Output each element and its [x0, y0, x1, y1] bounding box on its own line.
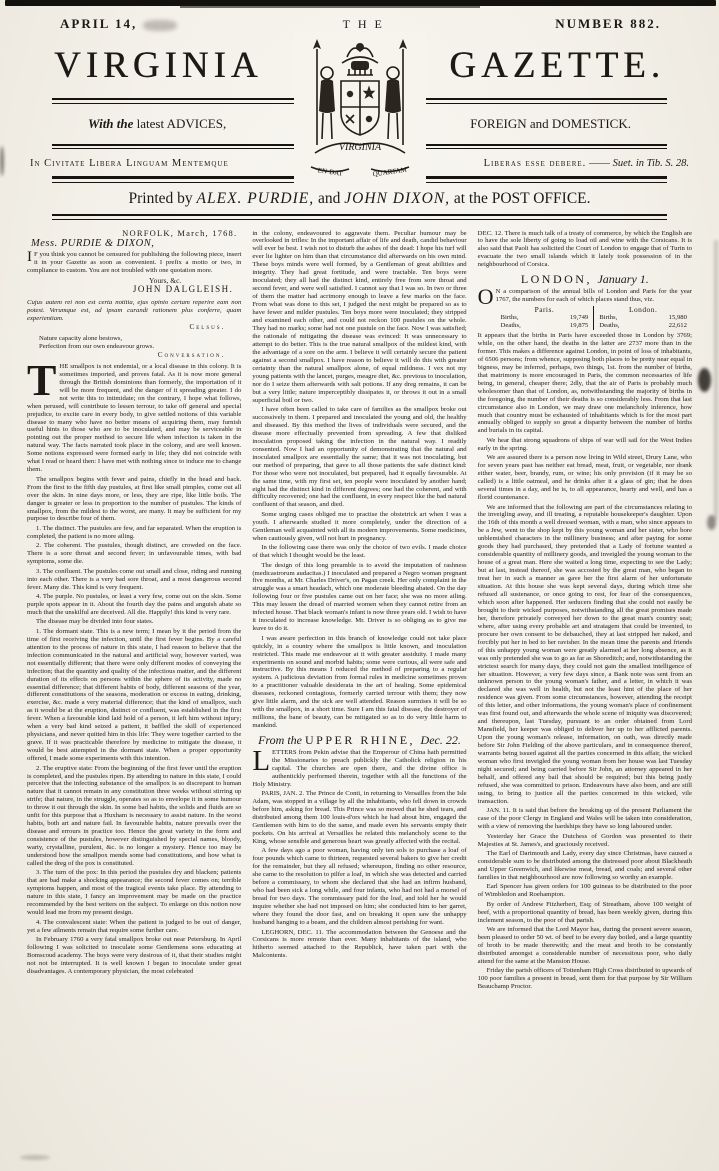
article-paragraph: The smallpox begins with fever and pains…	[27, 476, 241, 524]
article-paragraph: 3. The turn of the pox: In this period t…	[27, 869, 241, 917]
advices-blackletter: With the	[88, 116, 133, 131]
title-virginia: VIRGINIA	[54, 44, 263, 87]
bills-of-mortality-table: Paris.Births,19,749Deaths,19,875London.B…	[496, 306, 692, 330]
advices-text: latest ADVICES,	[133, 116, 226, 131]
motto-latin-right: Liberas esse debere. —— Suet. in Tib. S.…	[484, 158, 689, 169]
article-paragraph: ON a comparison of the annual bills of L…	[478, 288, 692, 304]
article-paragraph: 1. The dormant state. This is a new term…	[27, 628, 241, 763]
dateline: NORFOLK, March, 1768.	[27, 230, 237, 238]
scan-artifact	[698, 368, 711, 392]
article-paragraph: THE smallpox is not endemial, or a local…	[27, 363, 241, 474]
article-paragraph: LEGHORN, DEC. 11. The accommodation betw…	[252, 929, 466, 961]
motto-caps: Liberas esse debere.	[484, 158, 587, 169]
masthead-title-row: VIRGINIA GAZETTE.	[26, 44, 693, 87]
verse-line: Perfection from our own endeavour grows.	[39, 343, 241, 351]
drop-cap: L	[252, 749, 272, 773]
virginia-coat-of-arms: VIRGINIA EN·DAT QUARTAM	[294, 32, 426, 190]
masthead: APRIL 14, THE NUMBER 882. VIRGINIA GAZET…	[0, 0, 719, 220]
verse-line: Nature capacity alone bestows,	[39, 335, 241, 343]
drop-cap: T	[27, 363, 59, 398]
scan-artifact	[714, 240, 718, 520]
heading-text: UPPER RHINE,	[305, 733, 421, 747]
column-1: NORFOLK, March, 1768.Mess. PURDIE & DIXO…	[27, 230, 241, 1142]
advices-right: FOREIGN and DOMESTICK.	[470, 116, 631, 132]
masthead-top-row: APRIL 14, THE NUMBER 882.	[26, 16, 693, 32]
imprint-line: Printed by ALEX. PURDIE, and JOHN DIXON,…	[26, 190, 693, 208]
article-paragraph: It appears that the births in Paris have…	[478, 332, 692, 435]
bills-table-half: London.Births,15,980Deaths,22,612	[593, 306, 692, 330]
bills-cell-value: 19,749	[570, 314, 588, 322]
advices-left: With the latest ADVICES,	[88, 116, 226, 132]
epigraph-attribution: Celsus.	[27, 324, 225, 332]
article-paragraph: PARIS, JAN. 2. The Prince de Conti, in r…	[252, 790, 466, 846]
bills-table-city: Paris.	[501, 306, 589, 314]
article-paragraph: 2. The coherent. The pustules, though di…	[27, 542, 241, 566]
bills-cell-label: Deaths,	[501, 322, 521, 330]
article-paragraph: DEC. 12. There is much talk of a treaty …	[478, 230, 692, 270]
ink-smudge	[143, 20, 177, 31]
article-paragraph: 2. The eruptive state: From the beginnin…	[27, 765, 241, 868]
heading-text: Dec. 22.	[421, 733, 461, 747]
article-paragraph: LETTERS from Pekin advise that the Emper…	[252, 749, 466, 789]
verse-couplet: Nature capacity alone bestows,Perfection…	[39, 335, 241, 351]
motto-latin-left: In Civitate Libera Linguam Mentemque	[30, 158, 229, 169]
bills-cell-value: 15,980	[669, 314, 687, 322]
article-paragraph: Yesterday her Grace the Dutchess of Gord…	[478, 833, 692, 849]
motto-citation: Suet. in Tib. S. 28.	[613, 158, 689, 169]
article-paragraph: Some urging cases obliged me to practise…	[252, 511, 466, 543]
article-paragraph: In February 1760 a very fatal smallpox b…	[27, 936, 241, 976]
bills-cell-value: 19,875	[570, 322, 588, 330]
bills-table-row: Deaths,19,875	[501, 322, 589, 330]
imprint-text: Printed by	[128, 190, 196, 207]
motto-dash: ——	[589, 158, 610, 169]
bills-cell-label: Deaths,	[599, 322, 619, 330]
article-paragraph: 3. The confluent. The pustules come out …	[27, 568, 241, 592]
double-rule	[52, 214, 667, 220]
article-paragraph: We are informed that the Lord Mayor has,…	[478, 926, 692, 966]
article-paragraph: JAN. 11. It is said that before the brea…	[478, 807, 692, 831]
newspaper-page: APRIL 14, THE NUMBER 882. VIRGINIA GAZET…	[0, 0, 719, 1171]
article-paragraph: IF you think you cannot be censured for …	[27, 251, 241, 275]
crest-ribbon-quartam: QUARTAM	[372, 166, 408, 179]
bills-table-row: Births,15,980	[599, 314, 687, 322]
section-heading: From the UPPER RHINE, Dec. 22.	[252, 737, 466, 745]
imprint-text: at the	[450, 190, 492, 207]
heading-text: January 1.	[597, 272, 648, 286]
bills-table-half: Paris.Births,19,749Deaths,19,875	[496, 306, 594, 330]
article-paragraph: 4. The purple. No pustules, or least a v…	[27, 593, 241, 617]
article-paragraph: 4. The convalescent state: When the pati…	[27, 919, 241, 935]
bills-table-row: Deaths,22,612	[599, 322, 687, 330]
letter-salutation: Mess. PURDIE & DIXON,	[31, 240, 241, 248]
article-paragraph: The Earl of Dartmouth and Lady, every da…	[478, 850, 692, 882]
section-heading: LONDON, January 1.	[478, 276, 692, 284]
bills-table-row: Births,19,749	[501, 314, 589, 322]
drop-cap: I	[27, 251, 34, 263]
article-paragraph: We are assured there is a person now liv…	[478, 454, 692, 502]
crest-ribbon-en-dat: EN·DAT	[317, 166, 344, 178]
column-2: in the colony, endeavoured to aggravate …	[252, 230, 466, 1142]
crest-ribbon-virginia: VIRGINIA	[338, 142, 381, 153]
article-columns: NORFOLK, March, 1768.Mess. PURDIE & DIXO…	[0, 220, 719, 1142]
article-paragraph: 1. The distinct. The pustules are few, a…	[27, 525, 241, 541]
issue-date: APRIL 14,	[60, 16, 177, 32]
issue-number: NUMBER 882.	[555, 16, 661, 32]
latin-epigraph: Cujus autem rei non est certa notitia, e…	[27, 299, 241, 323]
bills-cell-label: Births,	[599, 314, 617, 322]
masthead-the: THE	[343, 17, 390, 32]
article-paragraph: The disease may be divided into four sta…	[27, 618, 241, 626]
article-paragraph: I have often been called to take care of…	[252, 406, 466, 509]
article-paragraph: We hear that strong squadrons of ships o…	[478, 437, 692, 453]
article-paragraph: By order of Andrew Fitzherbert, Esq; of …	[478, 901, 692, 925]
coat-of-arms-icon: VIRGINIA EN·DAT QUARTAM	[297, 35, 423, 187]
article-paragraph: The design of this long preamble is to a…	[252, 562, 466, 634]
title-gazette: GAZETTE.	[449, 44, 665, 87]
epigraph-attribution: Conversation.	[27, 352, 225, 360]
article-paragraph: I was aware perfection in this branch of…	[252, 635, 466, 730]
bills-cell-label: Births,	[501, 314, 519, 322]
letter-signature: JOHN DALGLEISH.	[27, 286, 233, 294]
article-paragraph: A few days ago a poor woman, having only…	[252, 847, 466, 927]
bills-cell-value: 22,612	[669, 322, 687, 330]
printer-name-purdie: ALEX. PURDIE,	[197, 190, 315, 207]
article-paragraph: In the following case there was only the…	[252, 544, 466, 560]
article-paragraph: Earl Spencer has given orders for 100 gu…	[478, 883, 692, 899]
article-paragraph: in the colony, endeavoured to aggravate …	[252, 230, 466, 405]
heading-text: LONDON,	[521, 272, 598, 286]
bills-table-city: London.	[599, 306, 687, 314]
article-paragraph: We are informed that the following are p…	[478, 504, 692, 806]
post-office-label: POST OFFICE.	[492, 190, 591, 207]
drop-cap: O	[478, 288, 496, 306]
article-paragraph: Friday the parish officers of Tottenham …	[478, 967, 692, 991]
column-3: DEC. 12. There is much talk of a treaty …	[478, 230, 692, 1142]
imprint-text: and	[314, 190, 344, 207]
scan-artifact	[20, 1155, 50, 1160]
printer-name-dixon: JOHN DIXON,	[344, 190, 450, 207]
heading-text: From the	[258, 733, 305, 747]
